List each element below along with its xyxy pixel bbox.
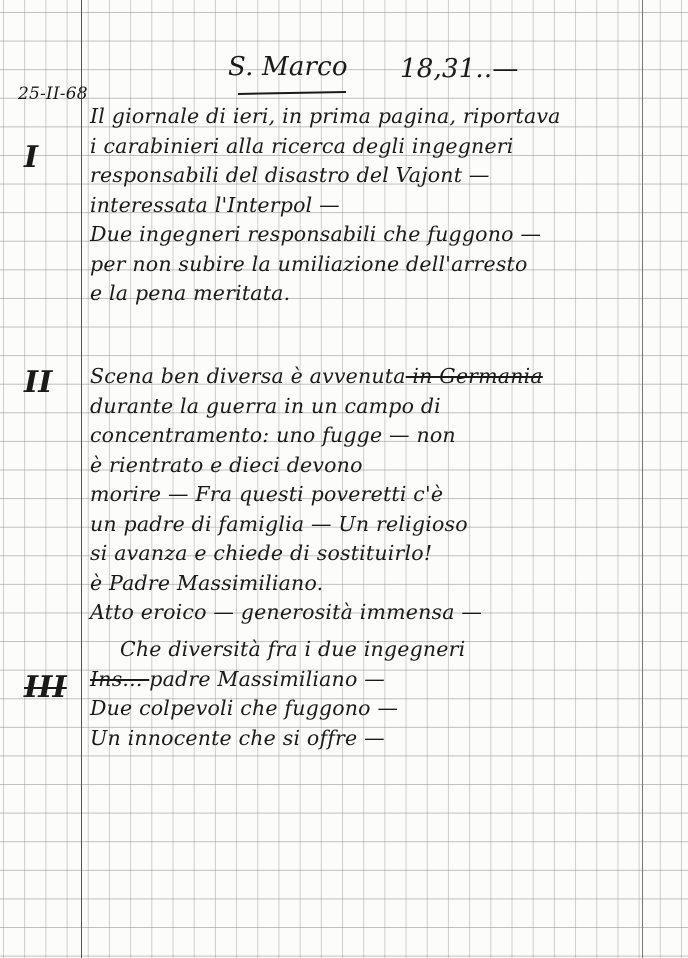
heading-place: S. Marco: [228, 52, 348, 82]
heading-year: 18,31..—: [400, 54, 519, 84]
handwritten-line: Un innocente che si offre —: [90, 726, 385, 750]
marginal-date: 25-II-68: [18, 84, 88, 104]
handwritten-line: Due colpevoli che fuggono —: [90, 696, 398, 720]
grid-line-right: [642, 0, 643, 958]
handwritten-line: Ins... padre Massimiliano —: [90, 667, 385, 691]
handwritten-line: per non subire la umiliazione dell'arres…: [90, 252, 528, 276]
handwritten-line: Atto eroico — generosità immensa —: [90, 600, 482, 624]
struck-text: in Germania: [406, 364, 543, 388]
handwritten-line: è Padre Massimiliano.: [90, 571, 323, 595]
handwritten-line: è rientrato e dieci devono: [90, 453, 363, 477]
section-numeral: II: [24, 365, 52, 400]
handwritten-line: Scena ben diversa è avvenuta in Germania: [90, 364, 543, 388]
handwritten-line: Due ingegneri responsabili che fuggono —: [90, 222, 541, 246]
handwritten-line: morire — Fra questi poveretti c'è: [90, 482, 443, 506]
margin-line: [81, 0, 82, 958]
handwritten-line: Il giornale di ieri, in prima pagina, ri…: [90, 104, 561, 128]
handwritten-line: i carabinieri alla ricerca degli ingegne…: [90, 134, 514, 158]
handwritten-line: interessata l'Interpol —: [90, 193, 340, 217]
section-numeral: I: [24, 140, 38, 175]
handwritten-line: un padre di famiglia — Un religioso: [90, 512, 468, 536]
handwritten-line: e la pena meritata.: [90, 281, 290, 305]
handwritten-line: durante la guerra in un campo di: [90, 394, 441, 418]
handwritten-line: responsabili del disastro del Vajont —: [90, 163, 490, 187]
struck-text: Ins...: [90, 667, 149, 691]
handwritten-line: si avanza e chiede di sostituirlo!: [90, 541, 432, 565]
section-numeral: III: [24, 670, 67, 705]
handwritten-line: Che diversità fra i due ingegneri: [120, 637, 465, 661]
handwritten-line: concentramento: uno fugge — non: [90, 423, 456, 447]
